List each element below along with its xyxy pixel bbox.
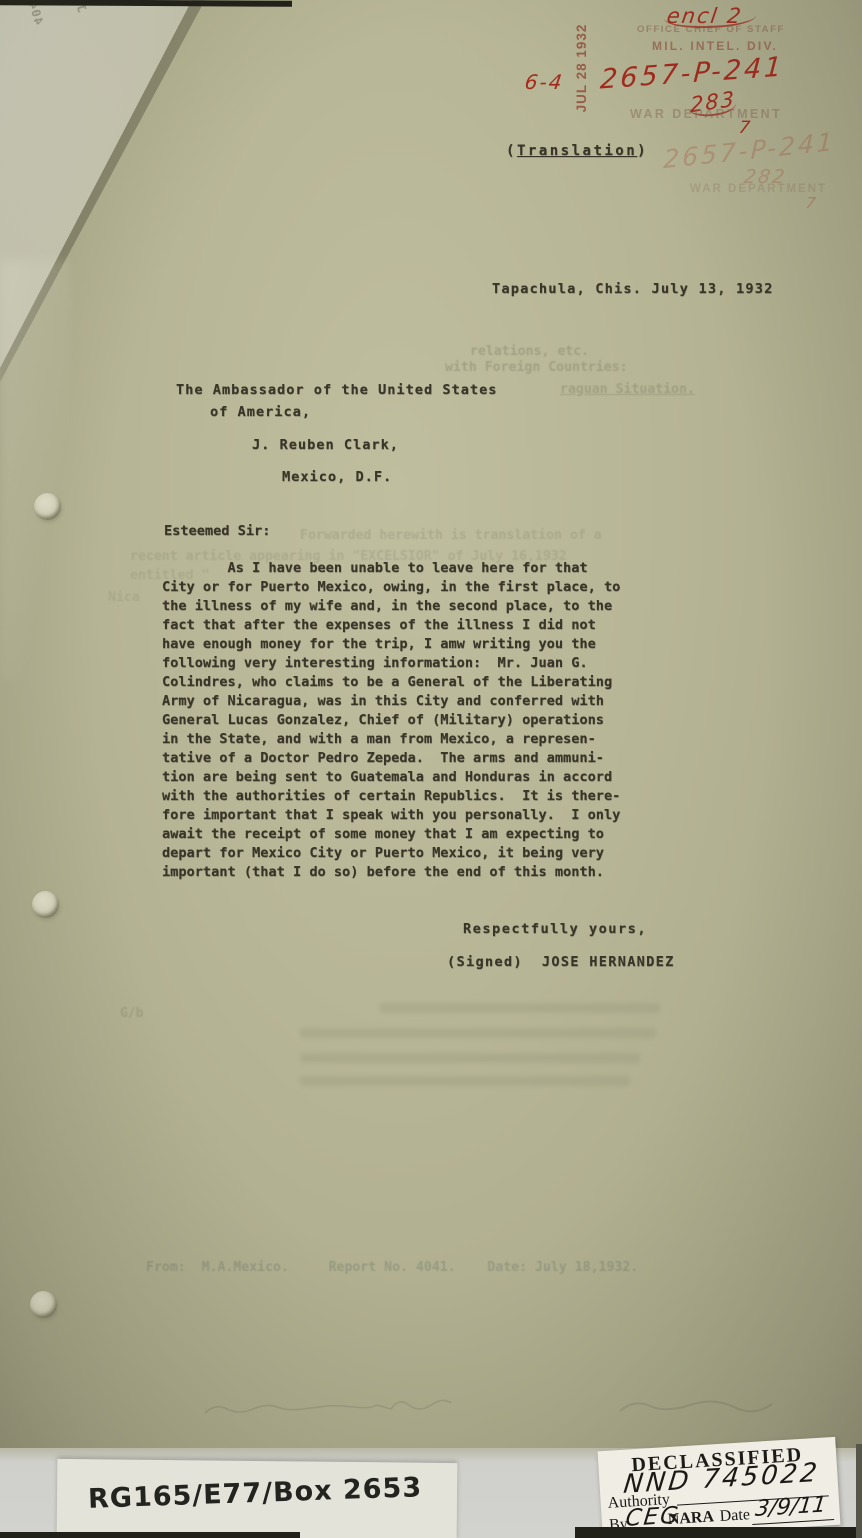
scan-edge-bottom-left [0, 1532, 300, 1538]
war-department-stamp: WAR DEPARTMENT [630, 107, 782, 121]
salutation: Esteemed Sir: [164, 522, 270, 541]
address-line: The Ambassador of the United States [176, 381, 497, 400]
fold-sheen [0, 260, 70, 680]
ghost-forwarded-line: Forwarded herewith is translation of a [300, 528, 602, 543]
ghost-initials: G/b [120, 1006, 143, 1021]
office-chief-stamp: OFFICE CHIEF OF STAFF [637, 24, 785, 35]
ghost-text-bar [300, 1028, 656, 1038]
punch-hole [32, 891, 59, 918]
mil-intel-div-stamp: MIL. INTEL. DIV. [652, 39, 778, 53]
translation-paren-close: ) [637, 143, 648, 159]
closing: Respectfully yours, [463, 920, 647, 939]
translation-word: Translation [517, 143, 637, 159]
translation-paren-open: ( [506, 143, 517, 159]
ghost-text-bar [300, 1053, 640, 1063]
date-label: Date [719, 1506, 750, 1526]
punch-hole [30, 1291, 57, 1318]
signature: (Signed) JOSE HERNANDEZ [447, 953, 675, 972]
received-date-stamp: JUL 28 1932 [574, 22, 594, 114]
scan-edge-right [856, 1444, 862, 1538]
scan-edge-bottom-right [575, 1527, 862, 1538]
address-line: J. Reuben Clark, [252, 436, 399, 455]
pencil-notation-squiggle [200, 1393, 780, 1427]
ghost-memo-line: From: M.A.Mexico. Report No. 4041. Date:… [146, 1260, 638, 1275]
letter-body: As I have been unable to leave here for … [162, 559, 642, 882]
address-line: Mexico, D.F. [282, 468, 392, 487]
file-prefix-annotation: 6-4 [523, 70, 565, 94]
ghost-text-bar [300, 1076, 630, 1086]
ghost-forwarded-line: Nica [108, 590, 140, 605]
translation-label: (Translation) [506, 142, 648, 161]
ghost-text-bar [380, 1003, 660, 1013]
ghost-countries-line: with Foreign Countries: [445, 360, 628, 375]
address-line: of America, [210, 403, 311, 422]
declassified-slip: DECLASSIFIED NND 745022 Authority By CEG… [598, 1437, 841, 1538]
dateline: Tapachula, Chis. July 13, 1932 [492, 280, 774, 299]
ghost-relations-line: relations, etc. [470, 344, 589, 359]
ghost-situation-line: raguan Situation. [560, 382, 695, 397]
archival-scan-page: July 4041 encl 2 OFFICE CHIEF OF STAFF M… [0, 0, 862, 1538]
punch-hole [34, 493, 61, 520]
